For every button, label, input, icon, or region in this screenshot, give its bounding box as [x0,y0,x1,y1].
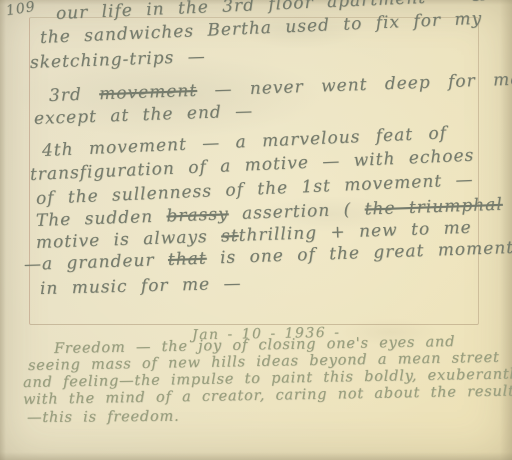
struck-word: the triumphal [364,195,503,220]
handwriting-segment: —this is freedom. [27,409,180,426]
handwriting-segment: 3rd [49,84,100,106]
struck-word: that [168,249,207,270]
date-line: Jan - 10 - 1936 - [192,325,341,344]
struck-word: movement [99,81,198,104]
handwritten-line: —this is freedom. [27,410,180,426]
manuscript-scan: 109 our life in the 3rd floor apartment … [0,0,512,460]
struck-word: brassy [166,204,229,226]
page-edge-bottom [0,452,512,460]
page-edge-left [0,0,6,460]
struck-word: st [221,226,239,247]
